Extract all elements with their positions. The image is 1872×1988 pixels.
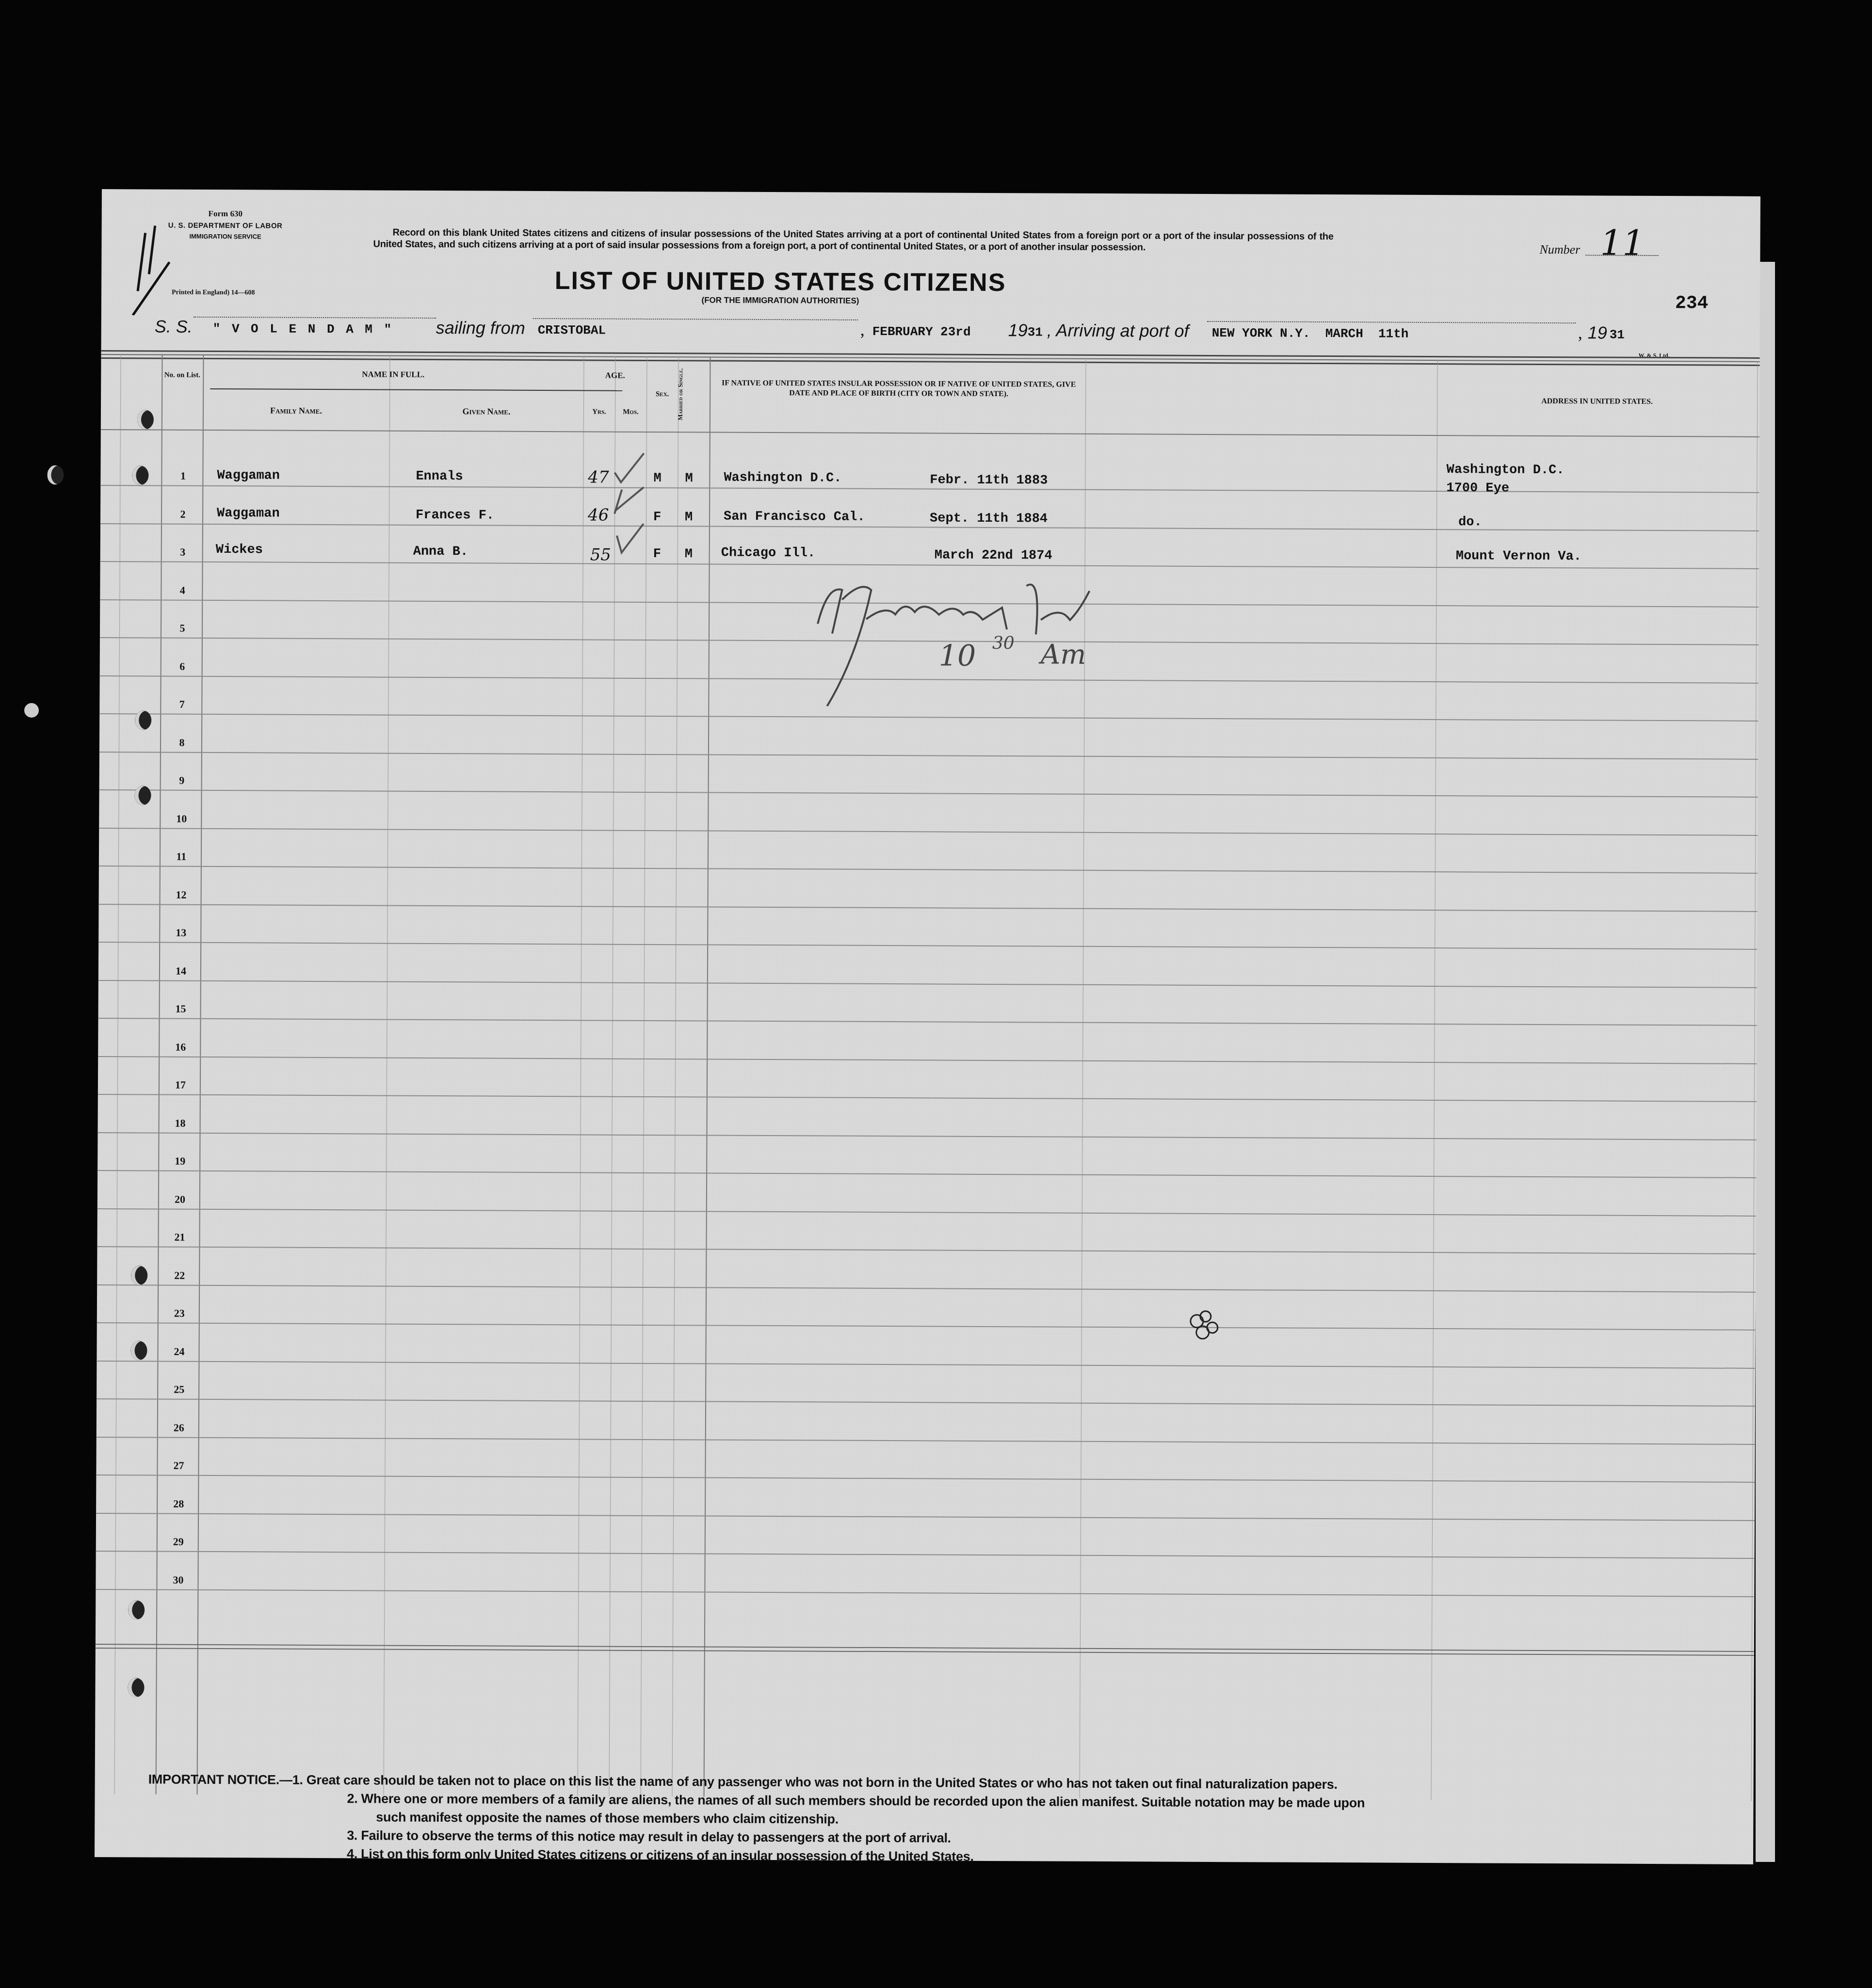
col-header-married-or-single: Married or Single. [677, 365, 685, 423]
department-name: U. S. DEPARTMENT OF LABOR [145, 221, 306, 230]
svg-text:30: 30 [992, 633, 1015, 653]
row-rule [97, 1360, 1755, 1368]
passenger-table: 1234567891011121314151617181920212223242… [102, 189, 1760, 196]
printed-note: Printed in England) 14—608 [172, 289, 255, 297]
column-divider [672, 356, 679, 1796]
notice-item-3: 3. Failure to observe the terms of this … [347, 1826, 951, 1847]
comma: , [860, 320, 865, 340]
row-number: 8 [167, 736, 196, 749]
row-rule [96, 1551, 1755, 1559]
check-mark-icon [614, 524, 648, 558]
arrival-line [1207, 321, 1576, 323]
given-name: Anna B. [413, 545, 468, 559]
address-line-1: do. [1458, 515, 1482, 529]
table-row: Waggaman Frances F. 46 F M San Francisco… [102, 189, 1760, 196]
row-rule [98, 1018, 1757, 1026]
row-number: 4 [168, 584, 197, 596]
row-number: 15 [166, 1003, 195, 1015]
row-number: 24 [164, 1345, 194, 1358]
departure-port-line [533, 318, 858, 321]
number-label: Number [1539, 242, 1580, 257]
year-prefix: 19 [1588, 322, 1607, 343]
row-number: 7 [167, 698, 196, 711]
row-rule [97, 1246, 1756, 1254]
given-name: Frances F. [416, 508, 494, 523]
birth-place: Chicago Ill. [721, 546, 816, 561]
page-subtitle: (FOR THE IMMIGRATION AUTHORITIES) [538, 295, 1023, 306]
row-rule [99, 827, 1758, 835]
stamp-mark-icon [1188, 1309, 1222, 1343]
notice-item-4: 4. List on this form only United States … [347, 1844, 974, 1866]
row-rule [97, 1208, 1756, 1216]
record-instructions: Record on this blank United States citiz… [373, 226, 1333, 254]
binding-hole [130, 1341, 147, 1360]
row-number: 2 [168, 508, 197, 520]
column-divider [1431, 360, 1438, 1800]
arrival-port-date: NEW YORK N.Y. MARCH 11th [1212, 326, 1409, 341]
notice-lead: IMPORTANT NOTICE.—1. Great care should b… [148, 1770, 1338, 1794]
birth-date: Febr. 11th 1883 [930, 473, 1048, 488]
table-bottom-rule [96, 1644, 1754, 1652]
row-number: 6 [168, 660, 197, 673]
column-divider [609, 356, 616, 1796]
row-number: 26 [164, 1421, 194, 1434]
col-header-address: ADDRESS IN UNITED STATES. [1437, 396, 1757, 407]
age-years: 55 [590, 545, 611, 564]
col-header-family-name: Family Name. [203, 405, 389, 416]
marital-status: M [685, 547, 693, 561]
film-punch-hole [24, 703, 39, 718]
marital-status: M [685, 510, 693, 525]
row-rule [98, 1094, 1757, 1102]
departure-date: FEBRUARY 23rd [872, 324, 971, 339]
binding-hole [134, 786, 151, 805]
binding-hole [128, 1600, 145, 1619]
address-line-1: Washington D.C. [1446, 463, 1564, 478]
row-rule [97, 1398, 1755, 1407]
birth-date: Sept. 11th 1884 [930, 511, 1048, 526]
column-divider [704, 356, 711, 1796]
row-rule [99, 866, 1758, 874]
list-number-value: 11 [1600, 222, 1645, 263]
row-number: 20 [165, 1193, 194, 1205]
column-divider [114, 354, 121, 1794]
binding-hole [131, 1266, 147, 1285]
col-header-age: AGE. [583, 370, 646, 381]
svg-text:Am: Am [1038, 639, 1086, 670]
col-header-place-of-birth: IF NATIVE OF UNITED STATES INSULAR POSSE… [714, 379, 1083, 400]
col-header-given-name: Given Name. [389, 406, 583, 417]
item-number: 4. [347, 1846, 357, 1861]
binding-hole [47, 465, 64, 485]
page-title: LIST OF UNITED STATES CITIZENS [538, 266, 1023, 297]
row-number: 5 [168, 622, 197, 635]
row-number: 13 [166, 927, 195, 939]
row-number: 10 [167, 812, 196, 825]
row-rule [96, 1588, 1754, 1597]
column-divider [641, 356, 647, 1796]
row-number: 1 [168, 470, 197, 482]
row-rule [98, 979, 1757, 988]
row-rule [97, 1284, 1756, 1292]
family-name: Waggaman [217, 506, 280, 521]
row-rule [96, 1512, 1755, 1521]
voyage-details: S. S. " V O L E N D A M " sailing from C… [155, 316, 1755, 352]
header-bottom-rule [101, 429, 1759, 437]
ship-name: " V O L E N D A M " [213, 321, 394, 337]
inspector-signature: 10 30 Am [798, 561, 1138, 707]
sex: F [653, 510, 661, 525]
row-rule [99, 903, 1758, 912]
row-rule [97, 1170, 1756, 1178]
departure-port: CRISTOBAL [538, 323, 606, 338]
arrival-year: 31 [1610, 328, 1625, 342]
col-header-mos: Mos. [615, 407, 646, 417]
marital-status: M [685, 471, 693, 486]
check-mark-icon [612, 451, 646, 485]
sex: F [653, 547, 661, 561]
notice-item-2-continued: such manifest opposite the names of thos… [376, 1808, 839, 1828]
sailing-from-label: sailing from [436, 318, 525, 338]
table-row: Waggaman Ennals 47 M M Washington D.C. F… [102, 189, 1760, 196]
address-line-2: 1700 Eye [1446, 481, 1509, 496]
row-number: 11 [167, 850, 196, 863]
col-header-name-in-full: NAME IN FULL. [203, 369, 583, 380]
manifest-page: Form 630 U. S. DEPARTMENT OF LABOR IMMIG… [95, 189, 1760, 1864]
row-number: 19 [165, 1155, 194, 1168]
row-number: 9 [167, 774, 196, 787]
row-rule [96, 1475, 1755, 1483]
family-name: Wickes [216, 543, 263, 557]
given-name: Ennals [416, 469, 463, 484]
comma: , [1578, 322, 1582, 343]
important-notice: IMPORTANT NOTICE.—1. Great care should b… [148, 1770, 1749, 1777]
year-prefix: 19 [1008, 320, 1028, 340]
col-header-naturalization [1093, 380, 1432, 382]
row-rule [99, 751, 1758, 759]
item-number: 2. [347, 1791, 357, 1806]
row-number: 14 [166, 964, 195, 977]
row-number: 18 [166, 1117, 195, 1129]
row-number: 22 [165, 1269, 194, 1282]
notice-heading: IMPORTANT NOTICE.—1. [148, 1772, 303, 1787]
time-note: 10 [939, 639, 976, 673]
column-divider [384, 355, 390, 1796]
row-rule [98, 942, 1757, 950]
item-text: List on this form only United States cit… [361, 1846, 974, 1864]
table-bottom-rule [96, 1648, 1754, 1656]
page-stamp-number: 234 [1675, 293, 1709, 314]
row-number: 30 [163, 1573, 193, 1586]
row-number: 25 [164, 1383, 194, 1396]
row-number: 12 [167, 888, 196, 901]
birth-place: San Francisco Cal. [724, 510, 865, 525]
binding-hole [132, 465, 148, 485]
column-divider [578, 356, 584, 1796]
row-number: 17 [166, 1079, 195, 1091]
ship-name-line [194, 317, 436, 319]
col-header-sex: Sex. [646, 389, 678, 399]
arriving-label: , Arriving at port of [1047, 321, 1189, 341]
row-number: 21 [165, 1231, 194, 1244]
row-rule [97, 1322, 1756, 1331]
binding-hole [128, 1678, 144, 1697]
header-rule [101, 357, 1759, 366]
item-text: Where one or more members of a family ar… [361, 1791, 1365, 1810]
ss-label: S. S. [155, 316, 193, 337]
row-number: 27 [164, 1459, 193, 1472]
form-identifier: Form 630 U. S. DEPARTMENT OF LABOR IMMIG… [145, 208, 306, 240]
address-line-1: Mount Vernon Va. [1456, 549, 1582, 564]
row-rule [99, 789, 1758, 798]
form-number: Form 630 [145, 208, 306, 219]
col-header-yrs: Yrs. [583, 407, 615, 417]
row-number: 3 [168, 546, 197, 559]
table-row: Wickes Anna B. 55 F M Chicago Ill. March… [102, 189, 1760, 196]
age-years: 47 [588, 467, 609, 487]
row-number: 16 [166, 1041, 195, 1053]
birth-place: Washington D.C. [724, 471, 841, 486]
service-name: IMMIGRATION SERVICE [145, 232, 306, 240]
row-rule [97, 1436, 1755, 1444]
arriving-label-text: Arriving at port of [1056, 321, 1189, 341]
row-number: 28 [164, 1497, 193, 1510]
binding-hole [135, 710, 151, 730]
row-number: 29 [164, 1536, 193, 1548]
family-name: Waggaman [217, 468, 280, 483]
column-divider [197, 354, 204, 1795]
col-header-no-on-list: No. on List. [161, 371, 203, 380]
name-header-rule [210, 388, 622, 391]
sex: M [653, 471, 661, 486]
row-rule [98, 1056, 1757, 1064]
row-rule [98, 1132, 1757, 1140]
column-divider [156, 354, 163, 1795]
age-years: 46 [588, 505, 609, 525]
departure-year: 31 [1028, 325, 1043, 339]
check-mark-icon [612, 485, 646, 519]
notice-item-1: Great care should be taken not to place … [307, 1773, 1338, 1792]
item-text: Failure to observe the terms of this not… [361, 1828, 951, 1845]
row-number: 23 [165, 1307, 194, 1320]
binding-hole [137, 410, 154, 429]
item-number: 3. [347, 1828, 357, 1843]
row-rule [99, 713, 1758, 721]
